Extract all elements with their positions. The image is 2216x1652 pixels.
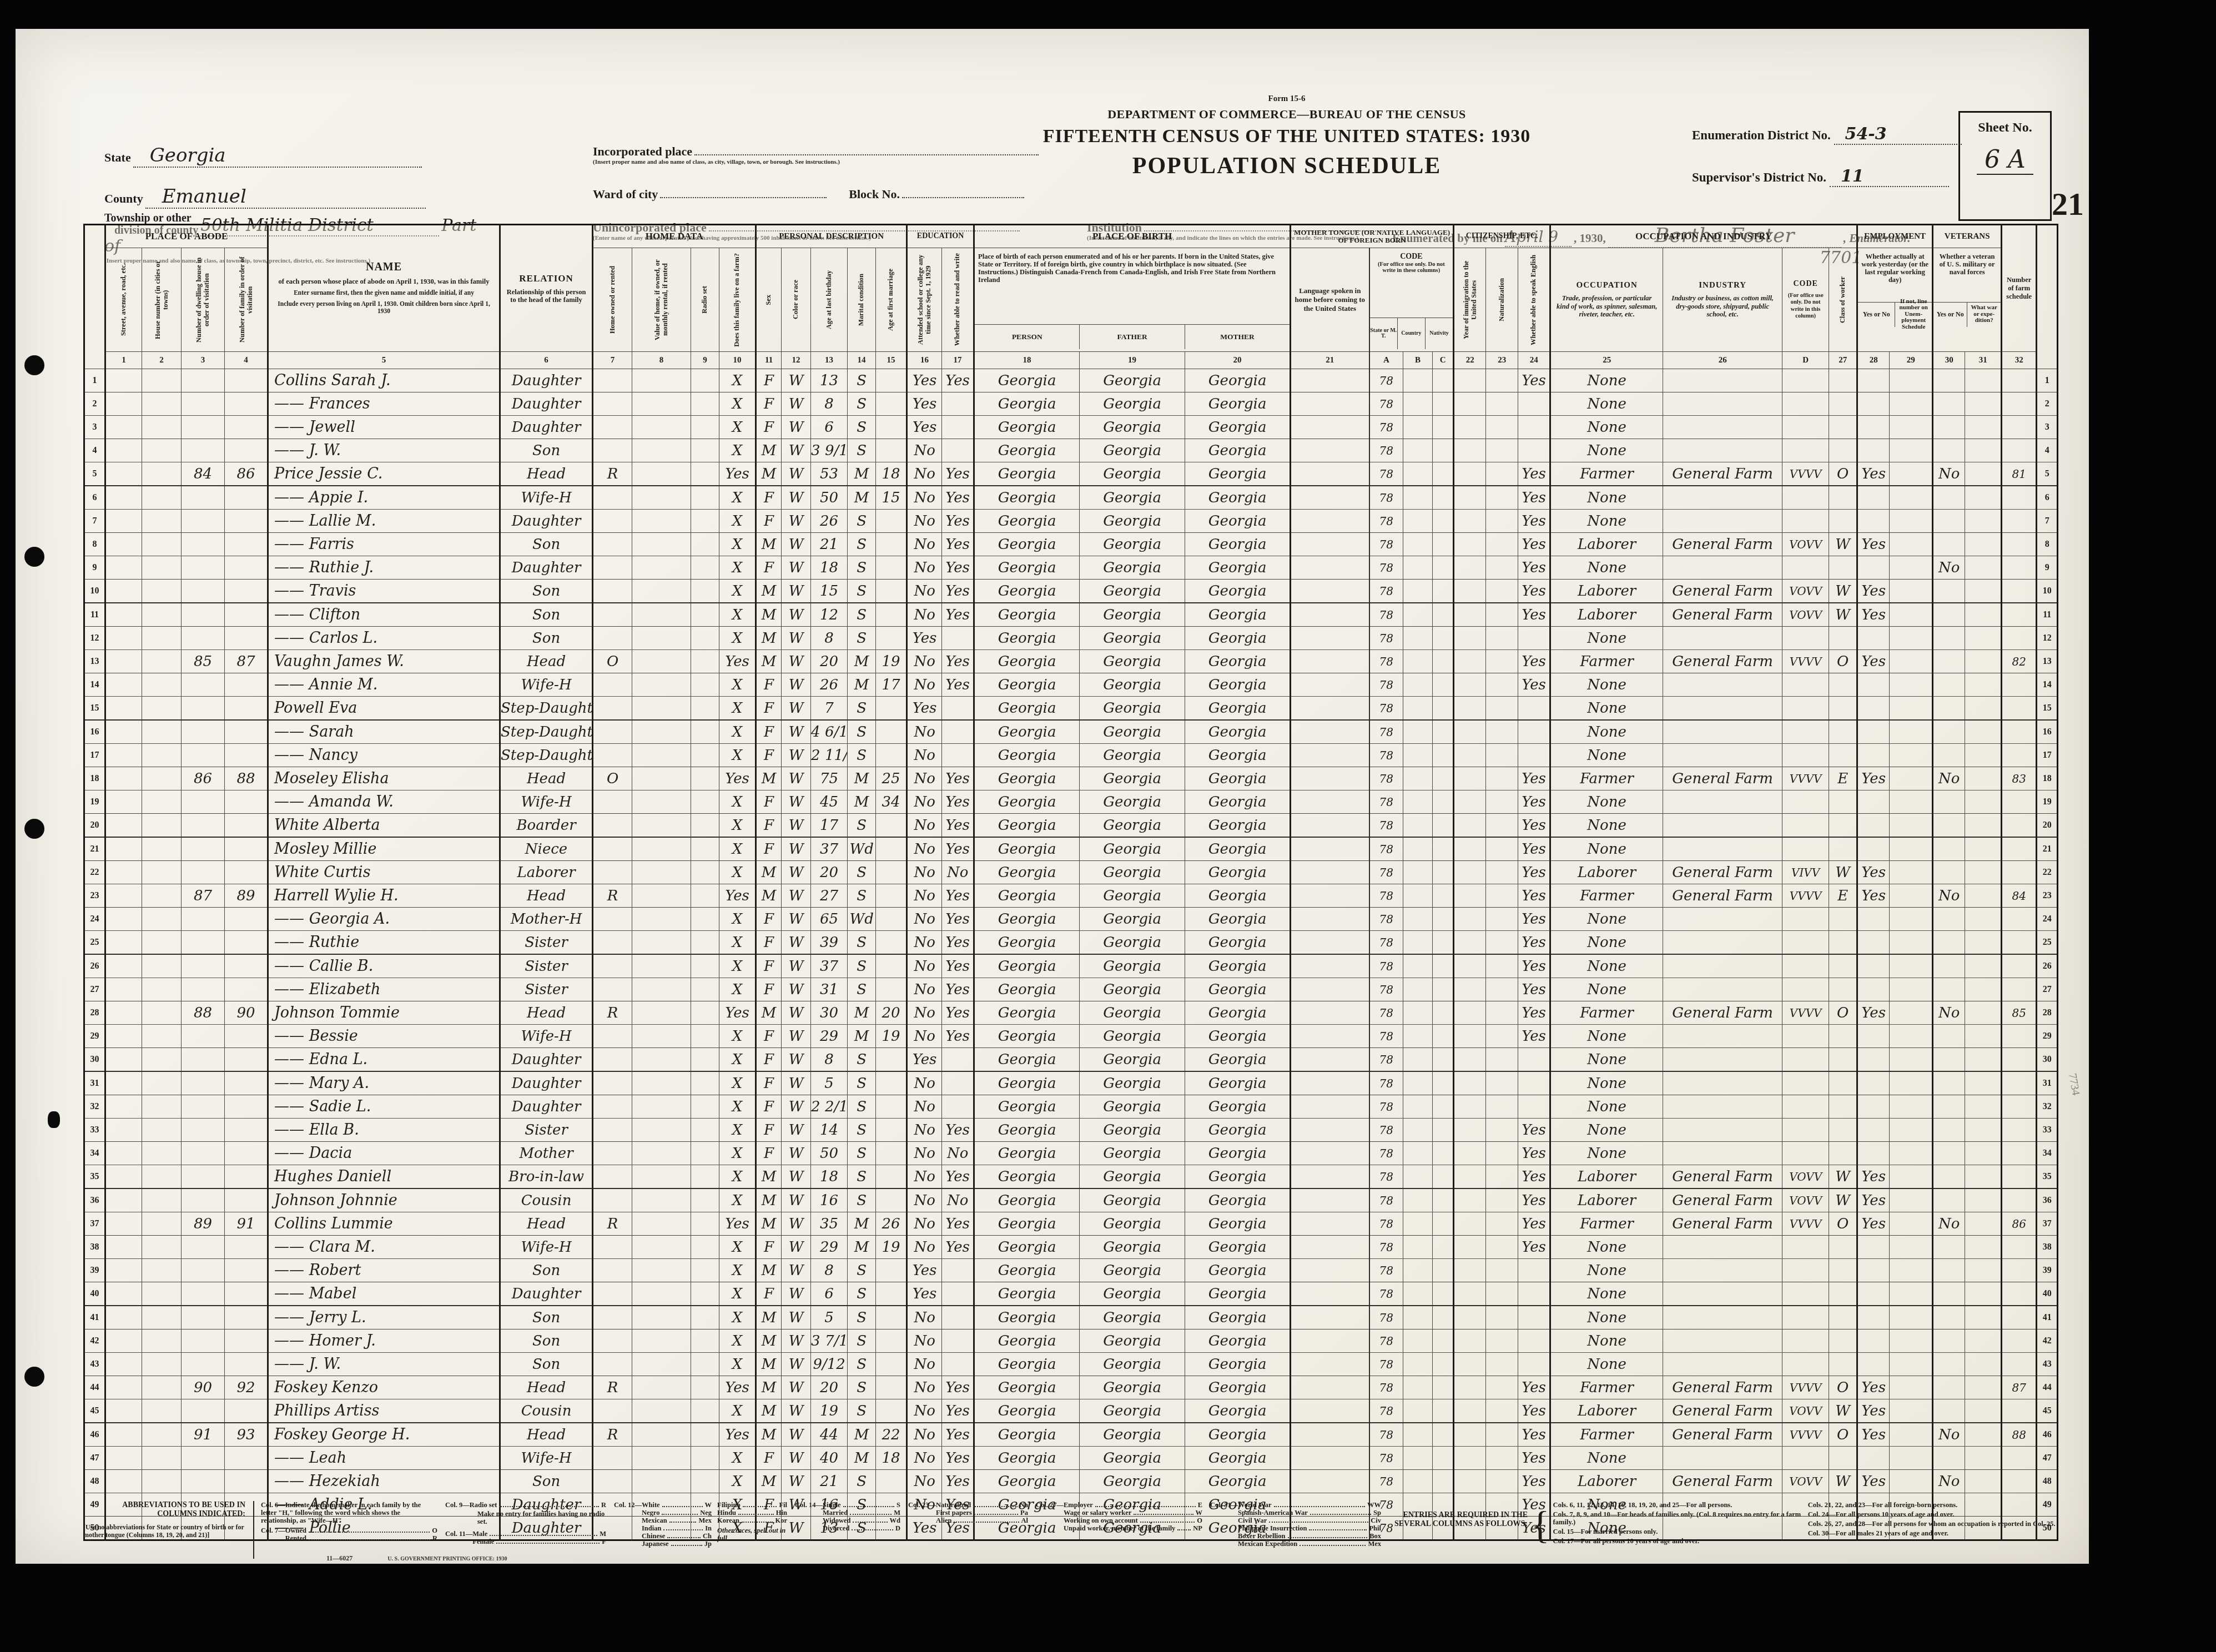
cell-cD bbox=[1782, 837, 1829, 861]
cell-c6: Head bbox=[500, 1376, 593, 1399]
cell-c15: 34 bbox=[876, 790, 907, 814]
cell-c7 bbox=[593, 1447, 632, 1470]
cell-c1 bbox=[105, 1142, 142, 1165]
cell-c3 bbox=[182, 673, 225, 697]
cell-c25: None bbox=[1550, 1142, 1663, 1165]
cell-c4: 93 bbox=[225, 1423, 268, 1447]
cell-c24: Yes bbox=[1518, 462, 1550, 486]
cell-c5: Price Jessie C. bbox=[268, 462, 500, 486]
cell-cA: 78 bbox=[1369, 627, 1403, 650]
cell-c3: 84 bbox=[182, 462, 225, 486]
employment-desc: Whether actually at work yesterday (or t… bbox=[1858, 250, 1932, 302]
cell-c31 bbox=[1965, 884, 2002, 908]
cell-c15 bbox=[876, 720, 907, 744]
cell-c21 bbox=[1291, 1399, 1369, 1423]
cell-c15 bbox=[876, 978, 907, 1001]
cell-c23 bbox=[1486, 1212, 1518, 1236]
group-place-of-abode: PLACE OF ABODE bbox=[105, 225, 268, 248]
cell-c13: 17 bbox=[811, 814, 848, 838]
cell-c8 bbox=[632, 556, 691, 580]
cell-c4 bbox=[225, 1353, 268, 1376]
cell-c21 bbox=[1291, 1212, 1369, 1236]
column-number-22: 22 bbox=[1454, 352, 1486, 369]
cell-c10: X bbox=[719, 392, 756, 416]
cell-c14: S bbox=[848, 1165, 876, 1189]
cell-c12: W bbox=[782, 673, 811, 697]
cell-c21 bbox=[1291, 1025, 1369, 1048]
cell-c31 bbox=[1965, 908, 2002, 931]
cell-c25: None bbox=[1550, 1353, 1663, 1376]
cell-c24: Yes bbox=[1518, 673, 1550, 697]
cell-c29 bbox=[1890, 1470, 1933, 1493]
cell-c29 bbox=[1890, 861, 1933, 884]
cell-c14: S bbox=[848, 556, 876, 580]
cell-c22 bbox=[1454, 767, 1486, 790]
cell-c7 bbox=[593, 1236, 632, 1259]
cell-c14: S bbox=[848, 510, 876, 533]
cell-c4 bbox=[225, 861, 268, 884]
col-immigration-year-header: Year of immigra­tion to the United State… bbox=[1454, 248, 1486, 352]
cell-c14: S bbox=[848, 1353, 876, 1376]
cell-c21 bbox=[1291, 1236, 1369, 1259]
cell-c22 bbox=[1454, 369, 1486, 392]
cell-c3 bbox=[182, 1142, 225, 1165]
line-number: 16 bbox=[84, 720, 105, 744]
cell-c7 bbox=[593, 1165, 632, 1189]
cell-c14: S bbox=[848, 884, 876, 908]
cell-c2 bbox=[142, 556, 182, 580]
cell-cA: 78 bbox=[1369, 720, 1403, 744]
cell-c28 bbox=[1857, 392, 1890, 416]
cell-c32 bbox=[2002, 1188, 2037, 1212]
cell-c32 bbox=[2002, 1119, 2037, 1142]
cell-c7 bbox=[593, 931, 632, 955]
cell-c12: W bbox=[782, 1329, 811, 1353]
cell-c10: Yes bbox=[719, 1001, 756, 1025]
cell-c10: X bbox=[719, 416, 756, 439]
abbrev-pair: DivorcedD bbox=[823, 1524, 900, 1532]
line-number: 33 bbox=[84, 1119, 105, 1142]
cell-c1 bbox=[105, 1188, 142, 1212]
cell-c24: Yes bbox=[1518, 603, 1550, 627]
occupation-desc: Trade, profession, or particular kind of… bbox=[1555, 294, 1658, 318]
col-relation-header: RELATION Relationship of this person to … bbox=[500, 225, 593, 352]
print-code: 11—6027 bbox=[326, 1554, 352, 1562]
cell-c20: Georgia bbox=[1185, 1025, 1291, 1048]
cell-c1 bbox=[105, 627, 142, 650]
line-number: 26 bbox=[84, 954, 105, 978]
cell-c5: —— Travis bbox=[268, 580, 500, 603]
cell-c5: Mosley Millie bbox=[268, 837, 500, 861]
cell-c9 bbox=[691, 814, 719, 838]
cell-c24 bbox=[1518, 1306, 1550, 1329]
column-number-25: 25 bbox=[1550, 352, 1663, 369]
cell-c17: Yes bbox=[942, 837, 974, 861]
cell-c27 bbox=[1829, 1329, 1857, 1353]
cell-c20: Georgia bbox=[1185, 720, 1291, 744]
cell-c26 bbox=[1663, 1306, 1782, 1329]
cell-c3 bbox=[182, 1119, 225, 1142]
cell-c18: Georgia bbox=[974, 931, 1080, 955]
abbrev-pair: ChineseCh bbox=[642, 1532, 712, 1540]
cell-c25: None bbox=[1550, 1259, 1663, 1282]
cell-cA: 78 bbox=[1369, 1119, 1403, 1142]
cell-c13: 18 bbox=[811, 556, 848, 580]
cell-c8 bbox=[632, 1119, 691, 1142]
cell-c5: —— Appie I. bbox=[268, 486, 500, 510]
cell-c27 bbox=[1829, 954, 1857, 978]
cell-c15 bbox=[876, 627, 907, 650]
cell-cD bbox=[1782, 697, 1829, 721]
cell-c31 bbox=[1965, 1025, 2002, 1048]
table-row: 14—— Annie M.Wife-HXFW26M17NoYesGeorgiaG… bbox=[84, 673, 2058, 697]
cell-cD bbox=[1782, 744, 1829, 767]
cell-cA: 78 bbox=[1369, 954, 1403, 978]
cell-c28 bbox=[1857, 1236, 1890, 1259]
cell-c11: F bbox=[756, 908, 782, 931]
cell-c32 bbox=[2002, 1236, 2037, 1259]
cell-c11: F bbox=[756, 1048, 782, 1072]
cell-c6: Daughter bbox=[500, 1071, 593, 1095]
column-number-15: 15 bbox=[876, 352, 907, 369]
cell-c22 bbox=[1454, 1119, 1486, 1142]
cell-c21 bbox=[1291, 1353, 1369, 1376]
cell-c12: W bbox=[782, 978, 811, 1001]
cell-c10: X bbox=[719, 697, 756, 721]
cell-c17: No bbox=[942, 861, 974, 884]
cell-c13: 21 bbox=[811, 1470, 848, 1493]
cell-c24: Yes bbox=[1518, 1142, 1550, 1165]
cell-c12: W bbox=[782, 1399, 811, 1423]
line-number: 12 bbox=[84, 627, 105, 650]
cell-c17: Yes bbox=[942, 510, 974, 533]
cell-c10: X bbox=[719, 439, 756, 462]
cell-c9 bbox=[691, 861, 719, 884]
cell-c26: General Farm bbox=[1663, 603, 1782, 627]
cell-c32 bbox=[2002, 580, 2037, 603]
cell-c14: M bbox=[848, 462, 876, 486]
cell-c8 bbox=[632, 790, 691, 814]
cell-cC bbox=[1433, 1142, 1454, 1165]
cell-cD bbox=[1782, 439, 1829, 462]
line-number-header-left bbox=[84, 225, 105, 369]
cell-c24: Yes bbox=[1518, 510, 1550, 533]
cell-c17: Yes bbox=[942, 462, 974, 486]
line-number: 36 bbox=[84, 1188, 105, 1212]
cell-c12: W bbox=[782, 603, 811, 627]
cell-c26 bbox=[1663, 1447, 1782, 1470]
cell-cD: VOVV bbox=[1782, 1165, 1829, 1189]
col23-pairs: NaturalizedNaFirst papersPaAlienAl bbox=[936, 1501, 1028, 1559]
ink-blot bbox=[48, 1111, 60, 1128]
cell-c2 bbox=[142, 1095, 182, 1119]
cell-c20: Georgia bbox=[1185, 650, 1291, 673]
cell-c30 bbox=[1933, 1306, 1965, 1329]
cell-c19: Georgia bbox=[1080, 1071, 1185, 1095]
cell-c13: 9/12 bbox=[811, 1353, 848, 1376]
cell-c28 bbox=[1857, 627, 1890, 650]
cell-c3 bbox=[182, 790, 225, 814]
cell-cA: 78 bbox=[1369, 767, 1403, 790]
cell-cB bbox=[1403, 954, 1433, 978]
cell-c32 bbox=[2002, 486, 2037, 510]
cell-c8 bbox=[632, 1165, 691, 1189]
cell-c1 bbox=[105, 486, 142, 510]
cell-c13: 6 bbox=[811, 416, 848, 439]
cell-c31 bbox=[1965, 439, 2002, 462]
cell-c14: S bbox=[848, 1142, 876, 1165]
cell-c31 bbox=[1965, 1447, 2002, 1470]
cell-c2 bbox=[142, 439, 182, 462]
cell-c19: Georgia bbox=[1080, 603, 1185, 627]
cell-c25: None bbox=[1550, 954, 1663, 978]
col-radio-header: Radio set bbox=[691, 248, 719, 352]
cell-c19: Georgia bbox=[1080, 954, 1185, 978]
cell-c31 bbox=[1965, 1212, 2002, 1236]
cell-c15 bbox=[876, 510, 907, 533]
cell-c18: Georgia bbox=[974, 627, 1080, 650]
cell-c28 bbox=[1857, 416, 1890, 439]
cell-c2 bbox=[142, 1470, 182, 1493]
cell-c25: None bbox=[1550, 1236, 1663, 1259]
cell-c17: Yes bbox=[942, 814, 974, 838]
table-row: 17—— NancyStep-DaughterXFW2 11/12SNoGeor… bbox=[84, 744, 2058, 767]
cell-c25: None bbox=[1550, 978, 1663, 1001]
cell-c4 bbox=[225, 416, 268, 439]
cell-c30 bbox=[1933, 908, 1965, 931]
cell-c23 bbox=[1486, 510, 1518, 533]
cell-c14: S bbox=[848, 627, 876, 650]
cell-c12: W bbox=[782, 1165, 811, 1189]
cell-c1 bbox=[105, 462, 142, 486]
col6-col7-block: Col. 6—Indicate the homemaker in each fa… bbox=[253, 1501, 437, 1559]
cell-c13: 2 2/12 bbox=[811, 1095, 848, 1119]
footer-abbreviations: ABBREVIATIONS TO BE USED IN COLUMNS INDI… bbox=[83, 1501, 2059, 1559]
cell-c29 bbox=[1890, 1165, 1933, 1189]
cell-c18: Georgia bbox=[974, 1399, 1080, 1423]
cell-c14: M bbox=[848, 1236, 876, 1259]
cell-c24: Yes bbox=[1518, 1212, 1550, 1236]
cell-c22 bbox=[1454, 1447, 1486, 1470]
cell-c28 bbox=[1857, 837, 1890, 861]
cell-c22 bbox=[1454, 1071, 1486, 1095]
cell-c10: X bbox=[719, 627, 756, 650]
cell-c24: Yes bbox=[1518, 650, 1550, 673]
table-row: 30—— Edna L.DaughterXFW8SYesGeorgiaGeorg… bbox=[84, 1048, 2058, 1072]
cell-c10: X bbox=[719, 1399, 756, 1423]
cell-c12: W bbox=[782, 1376, 811, 1399]
cell-c16: No bbox=[907, 931, 942, 955]
cell-c7: R bbox=[593, 1423, 632, 1447]
cell-c17: Yes bbox=[942, 790, 974, 814]
col-home-value-header: Value of home, if owned, or monthly rent… bbox=[632, 248, 691, 352]
cell-c5: —— Callie B. bbox=[268, 954, 500, 978]
line-number: 43 bbox=[84, 1353, 105, 1376]
cell-c2 bbox=[142, 978, 182, 1001]
cell-c20: Georgia bbox=[1185, 1071, 1291, 1095]
abbrev-note: [Use no abbreviations for State or count… bbox=[83, 1524, 245, 1539]
cell-c28 bbox=[1857, 908, 1890, 931]
cell-c12: W bbox=[782, 884, 811, 908]
cell-c28: Yes bbox=[1857, 1165, 1890, 1189]
cell-c2 bbox=[142, 720, 182, 744]
line-number: 5 bbox=[84, 462, 105, 486]
cell-c31 bbox=[1965, 1188, 2002, 1212]
cell-c28: Yes bbox=[1857, 861, 1890, 884]
cell-c27 bbox=[1829, 697, 1857, 721]
cell-cA: 78 bbox=[1369, 1306, 1403, 1329]
col9-note: Make no entry for families having no rad… bbox=[477, 1510, 606, 1525]
cell-c18: Georgia bbox=[974, 1001, 1080, 1025]
table-row: 40—— MabelDaughterXFW6SYesGeorgiaGeorgia… bbox=[84, 1282, 2058, 1306]
cell-c8 bbox=[632, 1353, 691, 1376]
abbrev-pair: FilipinoFil bbox=[717, 1501, 787, 1509]
cell-cC bbox=[1433, 416, 1454, 439]
cell-c16: No bbox=[907, 486, 942, 510]
cell-cD: VVVV bbox=[1782, 767, 1829, 790]
cell-c12: W bbox=[782, 580, 811, 603]
cell-c7 bbox=[593, 1282, 632, 1306]
cell-c20: Georgia bbox=[1185, 580, 1291, 603]
line-number: 47 bbox=[84, 1447, 105, 1470]
cell-c11: F bbox=[756, 369, 782, 392]
cell-cD bbox=[1782, 1329, 1829, 1353]
cell-c17 bbox=[942, 1329, 974, 1353]
cell-c23 bbox=[1486, 392, 1518, 416]
cell-c5: Collins Sarah J. bbox=[268, 369, 500, 392]
table-row: 48—— HezekiahSonXMW21SNoYesGeorgiaGeorgi… bbox=[84, 1470, 2058, 1493]
cell-c3 bbox=[182, 533, 225, 556]
column-number-32: 32 bbox=[2002, 352, 2037, 369]
cell-c13: 16 bbox=[811, 1188, 848, 1212]
cell-c9 bbox=[691, 767, 719, 790]
print-code-line: 11—6027 U. S. GOVERNMENT PRINTING OFFICE… bbox=[326, 1554, 507, 1563]
col9-pairs: Radio setR bbox=[470, 1501, 606, 1509]
cell-c15 bbox=[876, 1188, 907, 1212]
cell-c24: Yes bbox=[1518, 580, 1550, 603]
cell-c7 bbox=[593, 1095, 632, 1119]
cell-c30 bbox=[1933, 861, 1965, 884]
cell-c5: —— Dacia bbox=[268, 1142, 500, 1165]
cell-c24 bbox=[1518, 392, 1550, 416]
cell-c31 bbox=[1965, 486, 2002, 510]
table-row: 449092Foskey KenzoHeadRYesMW20SNoYesGeor… bbox=[84, 1376, 2058, 1399]
line-number: 17 bbox=[84, 744, 105, 767]
cell-c27 bbox=[1829, 673, 1857, 697]
cell-c21 bbox=[1291, 650, 1369, 673]
cell-c7 bbox=[593, 486, 632, 510]
col7-pairs: OwnedORentedR bbox=[285, 1527, 437, 1542]
cell-c16: No bbox=[907, 1423, 942, 1447]
cell-c6: Sister bbox=[500, 954, 593, 978]
cell-c28: Yes bbox=[1857, 884, 1890, 908]
cell-cA: 78 bbox=[1369, 533, 1403, 556]
line-number: 25 bbox=[84, 931, 105, 955]
cell-cA: 78 bbox=[1369, 1376, 1403, 1399]
cell-c16: Yes bbox=[907, 392, 942, 416]
cell-c18: Georgia bbox=[974, 580, 1080, 603]
cell-c12: W bbox=[782, 954, 811, 978]
cell-c21 bbox=[1291, 603, 1369, 627]
cell-c20: Georgia bbox=[1185, 392, 1291, 416]
cell-c25: Laborer bbox=[1550, 1399, 1663, 1423]
line-number: 16 bbox=[2037, 720, 2058, 744]
cell-cC bbox=[1433, 1188, 1454, 1212]
cell-c3: 90 bbox=[182, 1376, 225, 1399]
cell-cC bbox=[1433, 392, 1454, 416]
cell-c27: W bbox=[1829, 603, 1857, 627]
cell-cB bbox=[1403, 369, 1433, 392]
line-number: 45 bbox=[84, 1399, 105, 1423]
cell-c25: None bbox=[1550, 627, 1663, 650]
cell-c31 bbox=[1965, 720, 2002, 744]
cell-c23 bbox=[1486, 884, 1518, 908]
cell-c26 bbox=[1663, 369, 1782, 392]
entries-item: Col. 15—For married persons only. bbox=[1553, 1528, 1805, 1535]
cell-c31 bbox=[1965, 1001, 2002, 1025]
cell-c32 bbox=[2002, 533, 2037, 556]
cell-c25: None bbox=[1550, 931, 1663, 955]
cell-c18: Georgia bbox=[974, 1212, 1080, 1236]
col9-col11-block: Col. 9— Radio setR Make no entry for fam… bbox=[445, 1501, 606, 1559]
cell-c9 bbox=[691, 1353, 719, 1376]
ward-field: Ward of city Block No. bbox=[593, 187, 1024, 202]
relation-desc: Relationship of this person to the head … bbox=[505, 288, 587, 304]
cell-c3 bbox=[182, 837, 225, 861]
cell-c22 bbox=[1454, 1212, 1486, 1236]
cell-cB bbox=[1403, 1071, 1433, 1095]
cell-c3 bbox=[182, 861, 225, 884]
line-number: 30 bbox=[84, 1048, 105, 1072]
cell-c25: Laborer bbox=[1550, 1165, 1663, 1189]
cell-c29 bbox=[1890, 462, 1933, 486]
cell-c32 bbox=[2002, 814, 2037, 838]
cell-c6: Sister bbox=[500, 931, 593, 955]
cell-c5: —— J. W. bbox=[268, 1353, 500, 1376]
cell-c11: M bbox=[756, 1423, 782, 1447]
cell-c15 bbox=[876, 837, 907, 861]
cell-c2 bbox=[142, 790, 182, 814]
cell-c20: Georgia bbox=[1185, 861, 1291, 884]
cell-c16: No bbox=[907, 1470, 942, 1493]
cell-c6: Daughter bbox=[500, 416, 593, 439]
cell-c14: M bbox=[848, 1447, 876, 1470]
cell-c21 bbox=[1291, 1470, 1369, 1493]
cell-c11: F bbox=[756, 697, 782, 721]
cell-c28 bbox=[1857, 790, 1890, 814]
state-value: Georgia bbox=[150, 144, 226, 167]
cell-c16: No bbox=[907, 1306, 942, 1329]
cell-cC bbox=[1433, 1236, 1454, 1259]
cell-c30 bbox=[1933, 1399, 1965, 1423]
cell-c26 bbox=[1663, 1119, 1782, 1142]
abbrev-pair: RentedR bbox=[285, 1534, 437, 1542]
cell-c23 bbox=[1486, 837, 1518, 861]
cell-c14: M bbox=[848, 790, 876, 814]
cell-c5: —— Ella B. bbox=[268, 1119, 500, 1142]
cell-c10: X bbox=[719, 1025, 756, 1048]
cell-c11: M bbox=[756, 884, 782, 908]
cell-cB bbox=[1403, 533, 1433, 556]
line-number: 26 bbox=[2037, 954, 2058, 978]
cell-c9 bbox=[691, 697, 719, 721]
cell-c11: F bbox=[756, 978, 782, 1001]
cell-c24: Yes bbox=[1518, 1447, 1550, 1470]
abbrev-pair: KoreanKor bbox=[717, 1517, 787, 1524]
cell-c5: —— Annie M. bbox=[268, 673, 500, 697]
cell-c27 bbox=[1829, 1236, 1857, 1259]
cell-cC bbox=[1433, 1329, 1454, 1353]
